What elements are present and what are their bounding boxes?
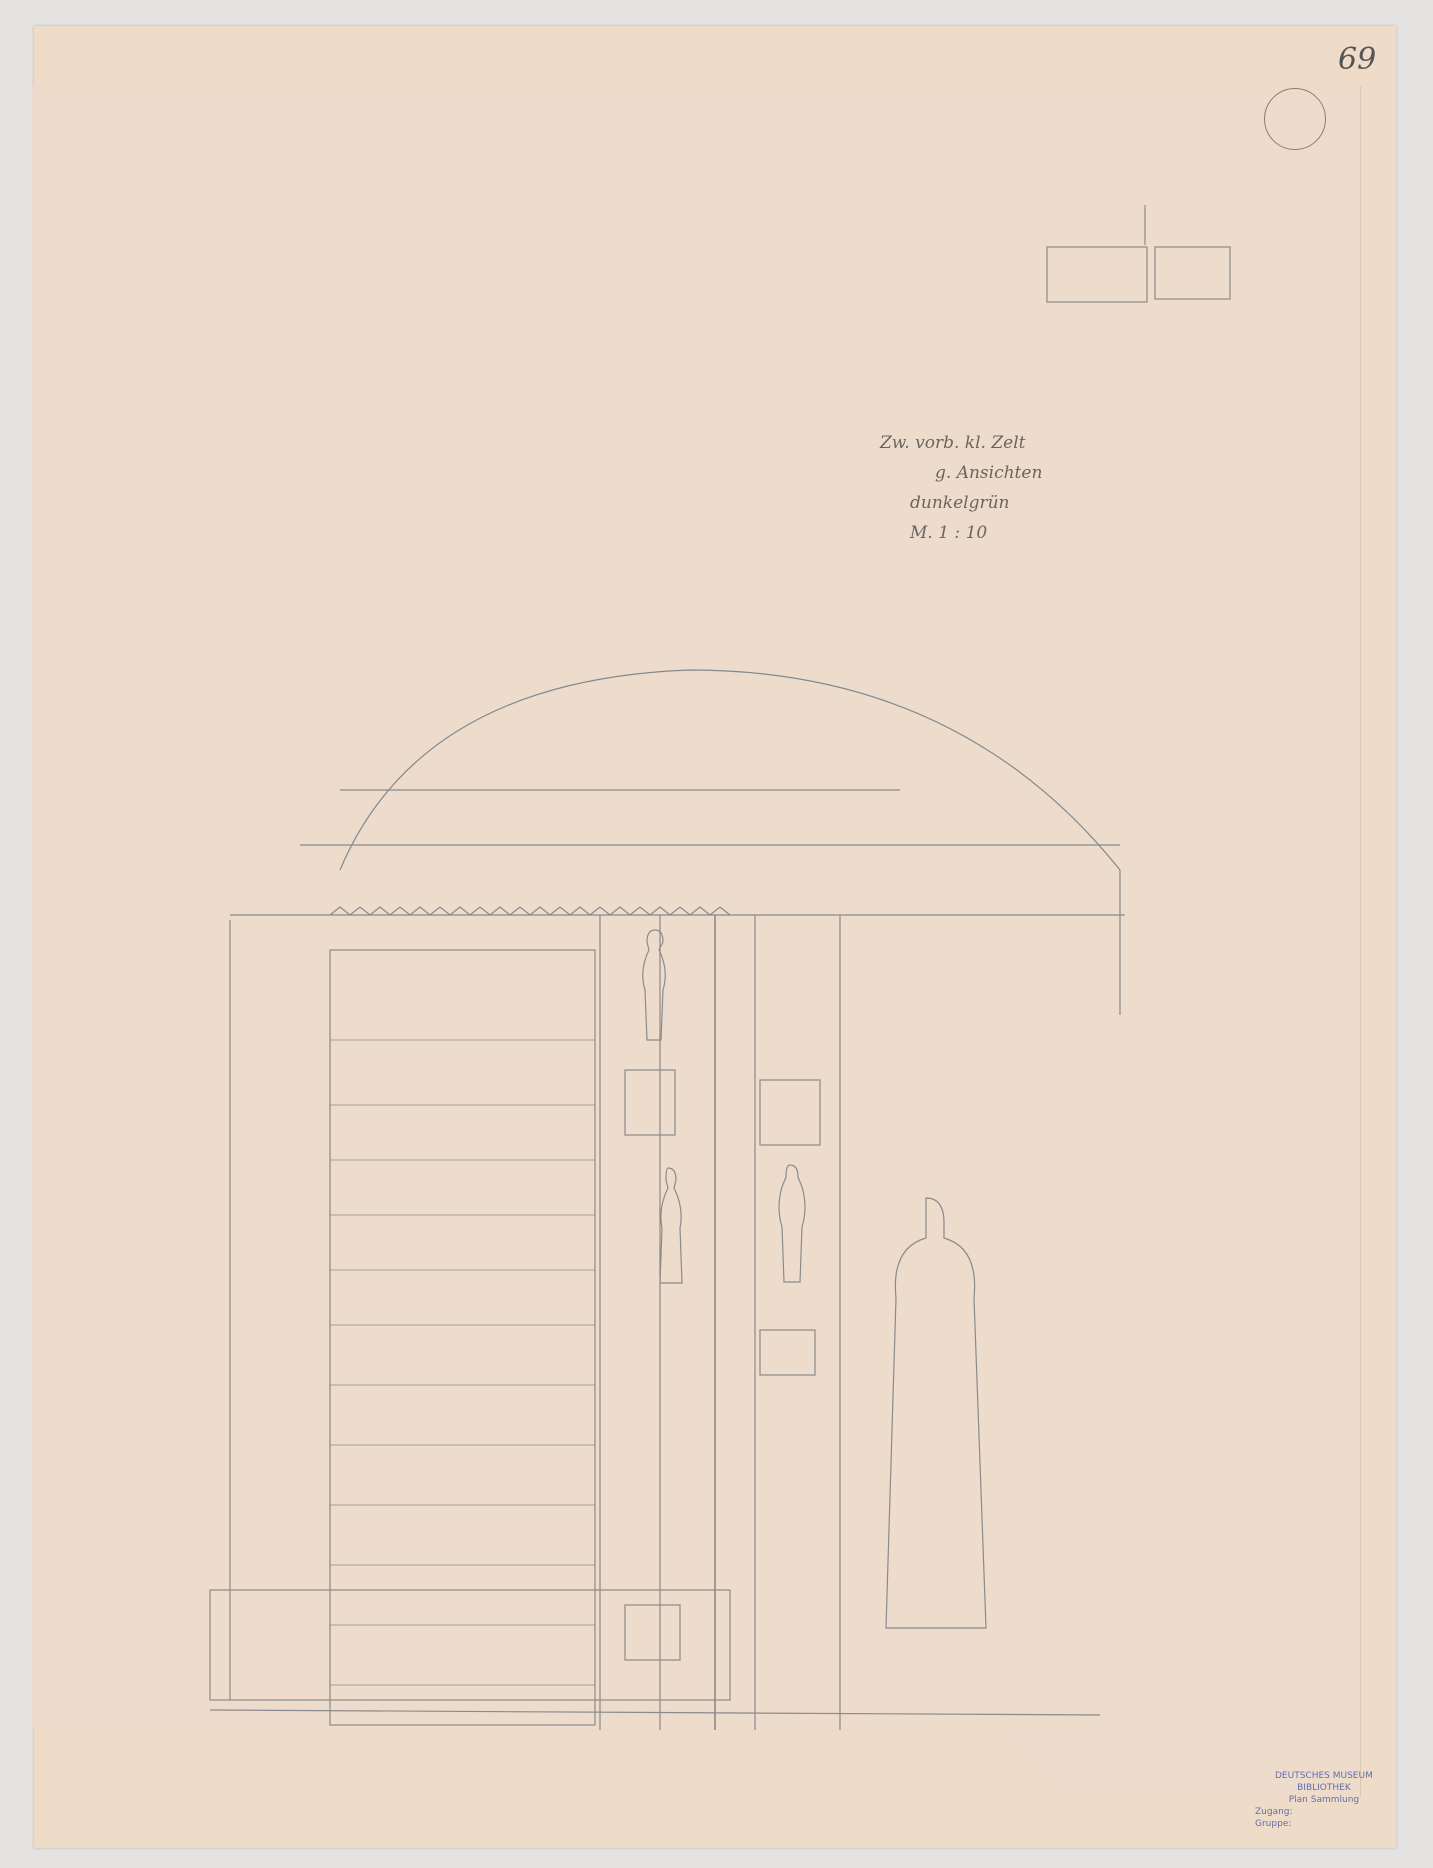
note-line: dunkelgrün [880,488,1042,518]
note-line: g. Ansichten [880,458,1042,488]
floor-plan-sketch [1047,205,1230,302]
handwritten-notes: Zw. vorb. kl. Zelt g. Ansichten dunkelgr… [880,428,1042,548]
note-line: Zw. vorb. kl. Zelt [880,428,1042,458]
note-line: M. 1 : 10 [880,518,1042,548]
library-stamp: DEUTSCHES MUSEUM BIBLIOTHEK Plan Sammlun… [1275,1770,1373,1830]
pencil-sketch [0,0,1433,1868]
